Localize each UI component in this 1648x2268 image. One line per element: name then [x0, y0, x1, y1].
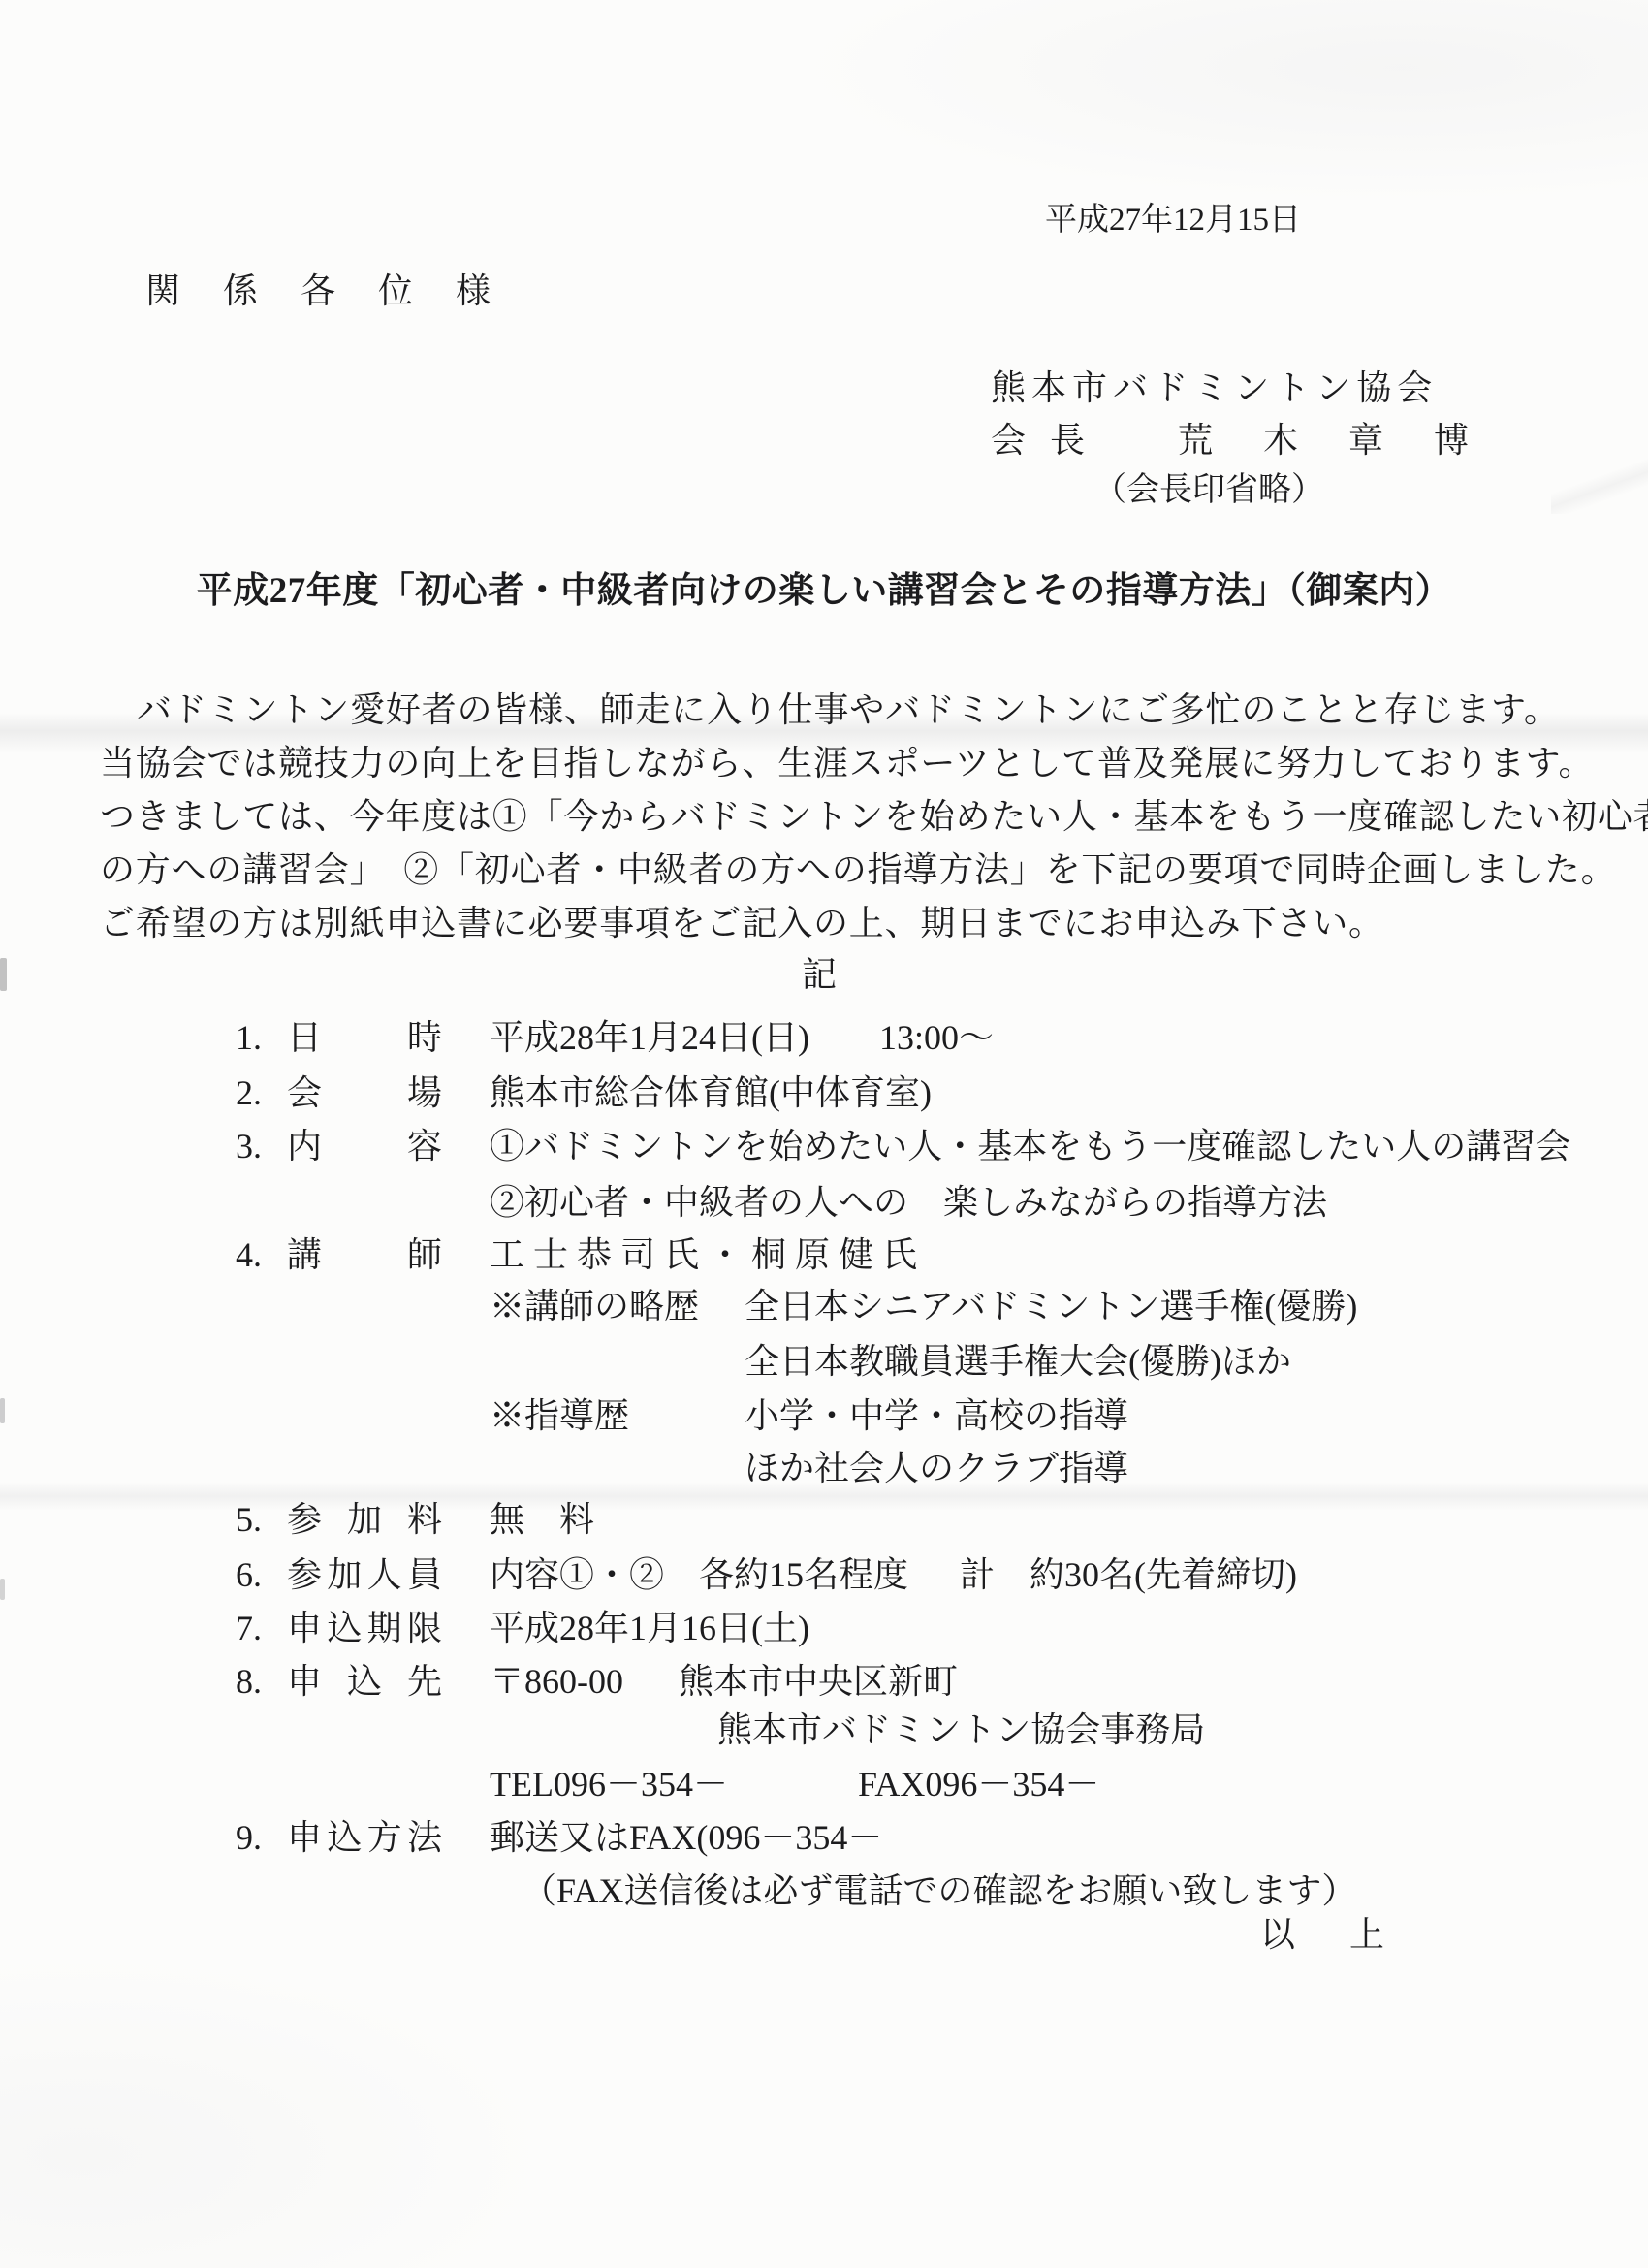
item-value: ②初心者・中級者の人への 楽しみながらの指導方法 [490, 1181, 1327, 1224]
item-number: 8. [236, 1660, 262, 1703]
item-row-contents: 3. 内容 ①バドミントンを始めたい人・基本をもう一度確認したい人の講習会 [0, 1125, 1648, 1171]
seal-omission-note: （会長印省略） [1093, 469, 1648, 516]
item-number: 3. [236, 1125, 262, 1167]
item-number: 6. [236, 1553, 262, 1596]
item-value: 内容①・② 各約15名程度 [490, 1553, 908, 1596]
item-label: 申込先 [287, 1660, 442, 1703]
sub-label: ※指導歴 [490, 1394, 629, 1437]
item-value: ①バドミントンを始めたい人・基本をもう一度確認したい人の講習会 [490, 1125, 1570, 1167]
item-row-contents-continued: ②初心者・中級者の人への 楽しみながらの指導方法 [0, 1181, 1648, 1228]
lecturer-bio-row-continued: 全日本教職員選手権大会(優勝)ほか [0, 1340, 1648, 1387]
item-value: 平成28年1月24日(日) 13:00〜 [490, 1016, 994, 1059]
address-text: 熊本市中央区新町 [679, 1660, 958, 1703]
office-name: 熊本市バドミントン協会事務局 [717, 1709, 1205, 1751]
sub-value: 全日本教職員選手権大会(優勝)ほか [745, 1340, 1291, 1383]
sender-organization: 熊本市バドミントン協会 [991, 367, 1648, 413]
item-value: 熊本市総合体育館(中体育室) [490, 1071, 932, 1114]
item-label: 日時 [287, 1016, 442, 1059]
sub-value: 小学・中学・高校の指導 [745, 1394, 1128, 1437]
item-number: 2. [236, 1071, 262, 1114]
lecturer-bio-row: ※講師の略歴 全日本シニアバドミントン選手権(優勝) [0, 1285, 1648, 1331]
body-paragraph-line: 当協会では競技力の向上を目指しながら、生涯スポーツとして普及発展に努力しておりま… [100, 742, 1573, 788]
recipient-line: 関 係 各 位 様 [145, 270, 1648, 316]
item-number: 5. [236, 1498, 262, 1541]
item-label: 内容 [287, 1125, 442, 1167]
item-row-capacity: 6. 参加人員 内容①・② 各約15名程度 計 約30名(先着締切) [0, 1553, 1648, 1600]
tel-number: TEL096－354－ [490, 1763, 728, 1805]
item-row-venue: 2. 会場 熊本市総合体育館(中体育室) [0, 1071, 1648, 1118]
coaching-history-row-continued: ほか社会人のクラブ指導 [0, 1447, 1648, 1493]
coaching-history-row: ※指導歴 小学・中学・高校の指導 [0, 1394, 1648, 1441]
fax-confirmation-note: （FAX送信後は必ず電話での確認をお願い致します） [0, 1869, 1648, 1916]
item-row-datetime: 1. 日時 平成28年1月24日(日) 13:00〜 [0, 1016, 1648, 1063]
sub-value: ほか社会人のクラブ指導 [745, 1447, 1128, 1489]
item-number: 1. [236, 1016, 262, 1059]
notice-marker-ki: 記 [97, 953, 1541, 1000]
document-date: 平成27年12月15日 [1045, 199, 1648, 245]
item-label: 申込方法 [287, 1816, 442, 1859]
item-label: 申込期限 [287, 1607, 442, 1649]
closing-phrase: 以 上 [1260, 1913, 1648, 1960]
item-value: 郵送又はFAX(096－354－ [490, 1816, 882, 1859]
item-label: 参加人員 [287, 1553, 442, 1596]
item-label: 講師 [287, 1233, 442, 1276]
postal-code: 〒860-00 [490, 1660, 623, 1703]
body-paragraph-line: バドミントン愛好者の皆様、師走に入り仕事やバドミントンにご多忙のことと存じます。 [100, 688, 1610, 735]
item-label: 会場 [287, 1071, 442, 1114]
item-value: 工 士 恭 司 氏 ・ 桐 原 健 氏 [490, 1233, 917, 1276]
item-number: 9. [236, 1816, 262, 1859]
application-office-row: 熊本市バドミントン協会事務局 [0, 1709, 1648, 1755]
fax-number: FAX096－354－ [858, 1763, 1099, 1805]
body-paragraph-line: ご希望の方は別紙申込書に必要事項をご記入の上、期日までにお申込み下さい。 [100, 902, 1573, 948]
tel-fax-row: TEL096－354－ FAX096－354－ [0, 1763, 1648, 1809]
body-paragraph-line: つきましては、今年度は①「今からバドミントンを始めたい人・基本をもう一度確認した… [100, 795, 1573, 842]
sub-label: ※講師の略歴 [490, 1285, 699, 1327]
item-total: 計 約30名(先着締切) [960, 1553, 1297, 1596]
scan-edge-smudge [0, 958, 7, 991]
note-text: （FAX送信後は必ず電話での確認をお願い致します） [522, 1869, 1356, 1912]
body-paragraph-line: の方への講習会」 ②「初心者・中級者の方への指導方法」を下記の要項で同時企画しま… [100, 848, 1573, 895]
sub-value: 全日本シニアバドミントン選手権(優勝) [745, 1285, 1357, 1327]
item-row-application-method: 9. 申込方法 郵送又はFAX(096－354－ [0, 1816, 1648, 1863]
item-row-lecturers: 4. 講師 工 士 恭 司 氏 ・ 桐 原 健 氏 [0, 1233, 1648, 1280]
item-number: 7. [236, 1607, 262, 1649]
item-label: 参加料 [287, 1498, 442, 1541]
scanned-letter-page: 平成27年12月15日 関 係 各 位 様 熊本市バドミントン協会 会 長 荒 … [0, 0, 1648, 2268]
item-number: 4. [236, 1233, 262, 1276]
document-title: 平成27年度「初心者・中級者向けの楽しい講習会とその指導方法」（御案内） [0, 570, 1648, 617]
item-row-application-address: 8. 申込先 〒860-00 熊本市中央区新町 [0, 1660, 1648, 1707]
sender-representative: 会 長 荒 木 章 博 [991, 419, 1648, 465]
item-row-fee: 5. 参加料 無 料 [0, 1498, 1648, 1545]
item-value: 平成28年1月16日(土) [490, 1607, 809, 1649]
item-value: 無 料 [490, 1498, 594, 1541]
item-row-deadline: 7. 申込期限 平成28年1月16日(土) [0, 1607, 1648, 1653]
